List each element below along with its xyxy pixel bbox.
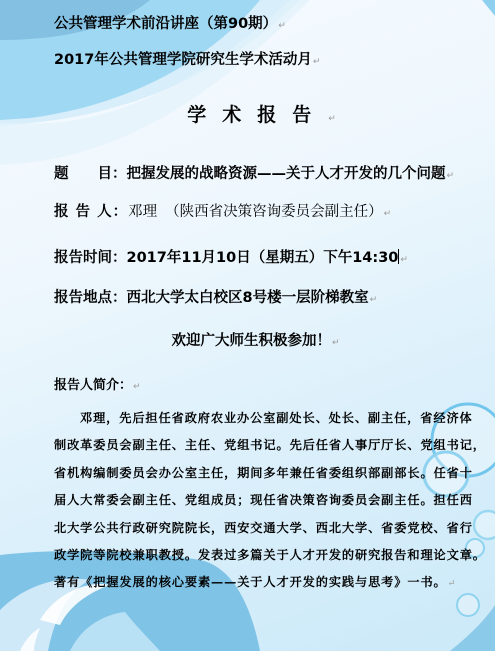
topic-field: 题目：把握发展的战略资源——关于人才开发的几个问题↵	[54, 167, 454, 182]
paragraph-mark-icon: ↵	[448, 579, 456, 589]
bio-paragraph: 邓理，先后担任省政府农业办公室副处长、处长、副主任，省经济体 制改革委员会副主任…	[54, 405, 475, 599]
paragraph-mark-icon: ↵	[278, 21, 286, 31]
paragraph-mark-icon: ↵	[370, 295, 378, 305]
bio-line-text: 著有《把握发展的核心要素——关于人才开发的实践与思考》一书。	[54, 575, 447, 589]
document-content[interactable]: 公共管理学术前沿讲座（第90期）↵ 2017年公共管理学院研究生学术活动月↵ 学…	[0, 0, 495, 651]
time-label: 报告时间：	[54, 250, 127, 266]
paragraph-mark-icon: ↵	[328, 114, 336, 124]
welcome-text: 欢迎广大师生积极参加！	[171, 333, 331, 349]
time-value: 2017年11月10日（星期五）下午14:30	[127, 250, 399, 266]
speaker-field: 报 告 人：邓理（陕西省决策咨询委员会副主任）↵	[54, 205, 391, 220]
event-month-header: 2017年公共管理学院研究生学术活动月↵	[54, 53, 320, 68]
bio-line: 政学院等院校兼职教授。发表过多篇关于人才开发的研究报告和理论文章。	[54, 542, 475, 569]
paragraph-mark-icon: ↵	[447, 171, 455, 181]
bio-line: 届人大常委会副主任、党组成员；现任省决策咨询委员会副主任。担任西	[54, 487, 475, 514]
bio-label: 报告人简介：↵	[54, 379, 141, 392]
topic-label-part2: 目：	[98, 166, 127, 182]
speaker-label: 报 告 人：	[54, 204, 128, 220]
paragraph-mark-icon: ↵	[384, 209, 392, 219]
speaker-title: （陕西省决策咨询委员会副主任）	[165, 204, 383, 220]
time-field: 报告时间：2017年11月10日（星期五）下午14:30↵	[54, 249, 408, 266]
page-title: 学术报告↵	[0, 106, 495, 125]
lecture-series-header: 公共管理学术前沿讲座（第90期）↵	[54, 17, 286, 32]
paragraph-mark-icon: ↵	[400, 255, 408, 265]
bio-line: 制改革委员会副主任、主任、党组书记。先后任省人事厅厅长、党组书记，	[54, 432, 475, 459]
paragraph-mark-icon: ↵	[332, 338, 340, 348]
bio-line: 北大学公共行政研究院院长，西安交通大学、西北大学、省委党校、省行	[54, 515, 475, 542]
bio-label-text: 报告人简介：	[54, 378, 132, 393]
welcome-message: 欢迎广大师生积极参加！↵	[0, 334, 495, 349]
paragraph-mark-icon: ↵	[313, 57, 321, 67]
location-field: 报告地点：西北大学太白校区8号楼一层阶梯教室↵	[54, 291, 377, 306]
header-line2-text: 2017年公共管理学院研究生学术活动月	[54, 52, 312, 68]
location-value: 西北大学太白校区8号楼一层阶梯教室	[127, 290, 369, 306]
location-label: 报告地点：	[54, 290, 127, 306]
paragraph-mark-icon: ↵	[133, 382, 141, 392]
topic-label-part1: 题	[54, 166, 69, 182]
document-page: 公共管理学术前沿讲座（第90期）↵ 2017年公共管理学院研究生学术活动月↵ 学…	[0, 0, 495, 651]
title-text: 学术报告	[187, 104, 327, 126]
topic-value: 把握发展的战略资源——关于人才开发的几个问题	[127, 166, 446, 182]
speaker-name: 邓理	[128, 204, 157, 220]
bio-line-last: 著有《把握发展的核心要素——关于人才开发的实践与思考》一书。↵	[54, 569, 475, 598]
bio-line: 邓理，先后担任省政府农业办公室副处长、处长、副主任，省经济体	[54, 405, 475, 432]
bio-line: 省机构编制委员会办公室主任，期间多年兼任省委组织部副部长。任省十	[54, 460, 475, 487]
header-line1-text: 公共管理学术前沿讲座（第90期）	[54, 16, 277, 32]
